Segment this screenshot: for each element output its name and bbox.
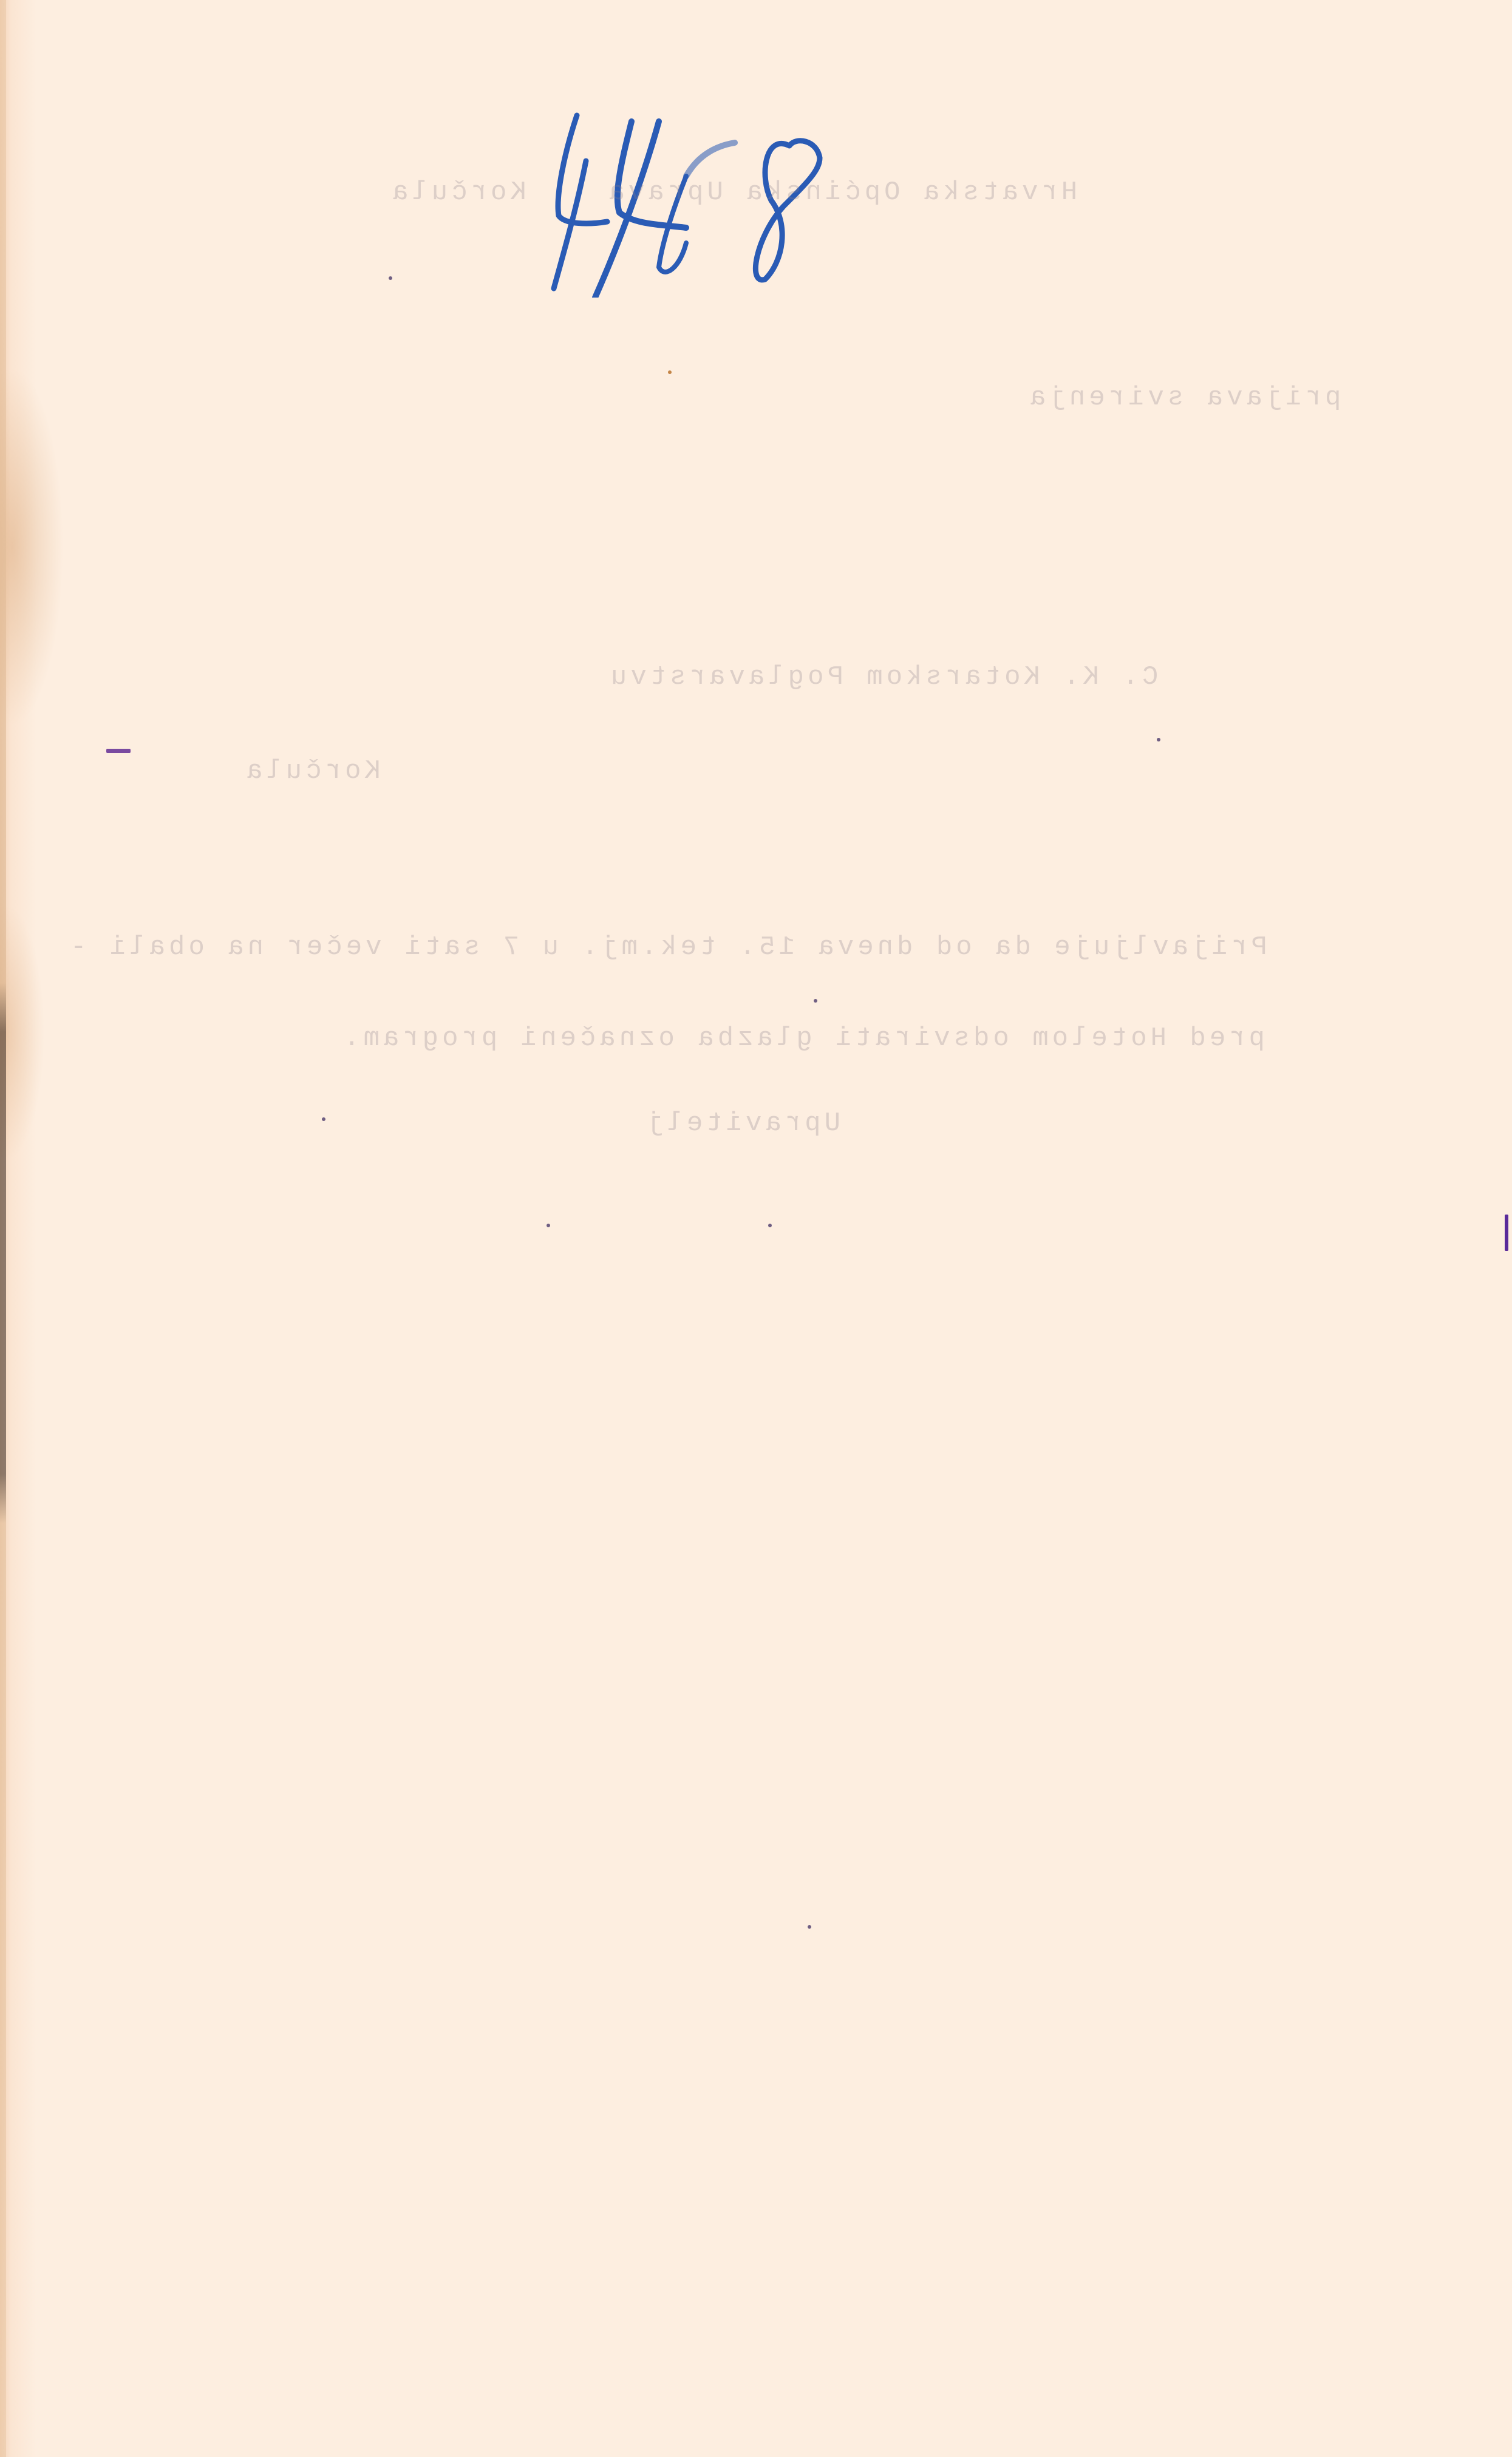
speck xyxy=(668,370,672,374)
speck xyxy=(768,1224,772,1227)
bleed-addressee: C. K. Kotarskom Poglavarstvu xyxy=(607,662,1158,692)
speck xyxy=(389,276,392,280)
speck xyxy=(547,1224,550,1227)
bleed-signature-title: Upravitelj xyxy=(644,1108,840,1139)
bleed-header: Hrvatska Općinska Uprava Korčula xyxy=(389,177,1077,208)
ink-mark xyxy=(106,749,131,753)
speck xyxy=(1157,738,1160,741)
paper-edge xyxy=(0,0,6,2457)
speck xyxy=(814,999,817,1003)
bleed-subject: prijava svirenja xyxy=(1026,383,1341,413)
bleed-body-line-2: pred Hotelom odsvirati glazba označeni p… xyxy=(340,1023,1265,1054)
bleed-city: Korčula xyxy=(243,756,381,786)
bleed-body-line-1: Prijavljuje da od dneva 15. tek.mj. u 7 … xyxy=(67,932,1267,963)
paper-page: Hrvatska Općinska Uprava Korčula prijava… xyxy=(0,0,1512,2457)
speck xyxy=(808,1925,811,1929)
ink-mark-edge xyxy=(1505,1215,1508,1251)
speck xyxy=(322,1117,325,1121)
